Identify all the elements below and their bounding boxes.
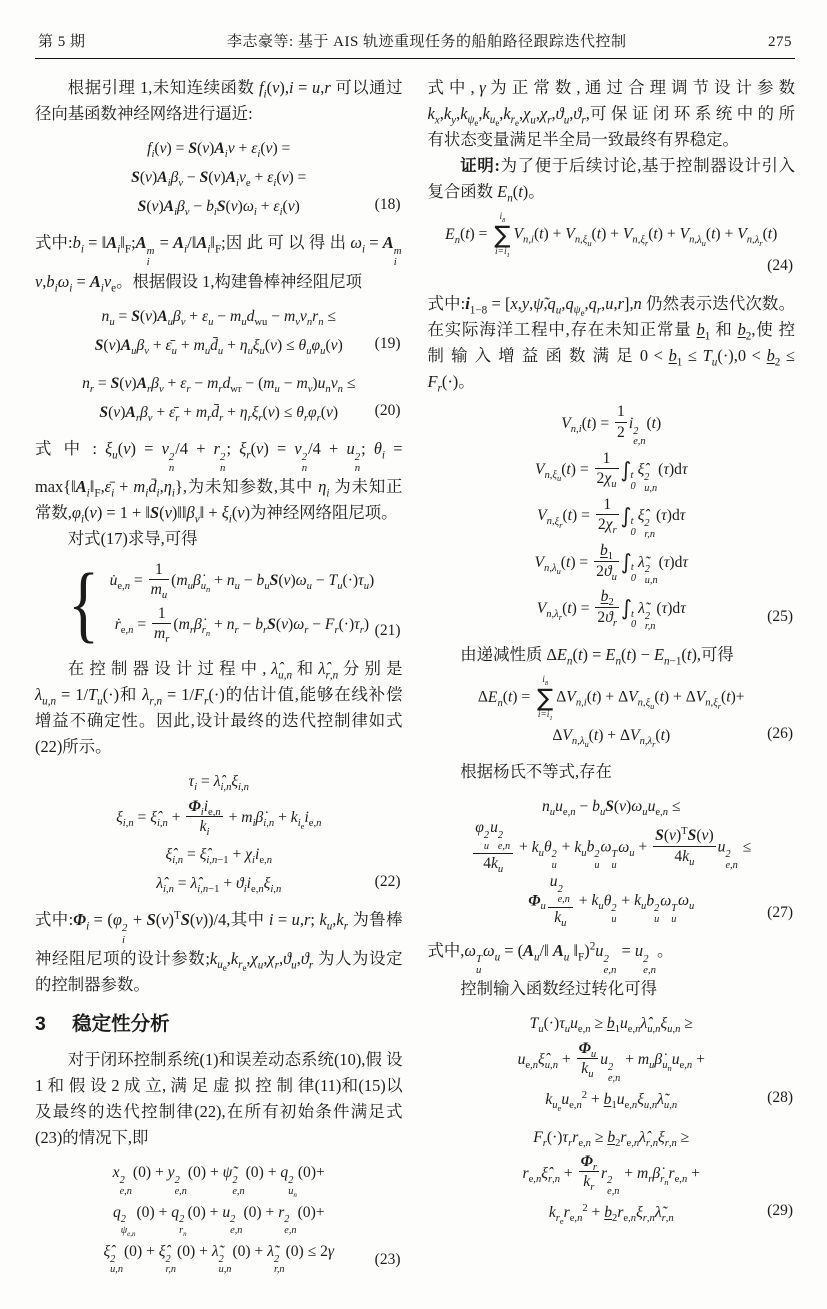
equation-tag: (29) <box>767 1198 793 1224</box>
equation-line: re,nξ̂r,n + Φrkrr2e,n + mrβ̇rnre,n + <box>428 1152 796 1198</box>
equation-line: krere,n2 + b2re,nξr,nλ̃r,n <box>428 1198 796 1227</box>
issue-label: 第 5 期 <box>38 30 86 51</box>
equation-line: S(ν)Arβν + ε̄r + mrd̄r + ηrξr(ν) ≤ θrφr(… <box>35 398 403 427</box>
equation-line: En(t) = i8∑i=i1Vn,i(t) + Vn,ξu(t) + Vn,ξ… <box>428 212 796 258</box>
equation-line: τi = λ̂i,nξi,n <box>35 767 403 796</box>
page-number: 275 <box>768 34 792 51</box>
equation-line: S(ν)Aiβν − S(ν)Aiνe + εi(ν) = <box>35 163 403 192</box>
equation-line: S(ν)Aiβν − biS(ν)ωi + εi(ν) <box>35 192 403 221</box>
paragraph-eq1920-notes: 式 中 : ξu(ν) = v2n/4 + r2n; ξr(ν) = v2n/4… <box>35 436 403 527</box>
equation-22: τi = λ̂i,nξi,n ξi,n = ξ̂i,n + Φiie,nki +… <box>35 767 403 898</box>
equation-line: Vn,i(t) = 12i2e,n(t) <box>428 402 796 448</box>
equation-tag: (19) <box>375 331 401 357</box>
paragraph-young-inequality: 根据杨氏不等式,存在 <box>428 759 796 785</box>
equation-21: { u̇e,n = 1mu(muβ̇un + nu − buS(ν)ωu − T… <box>35 559 403 647</box>
equation-line: q2ψe,n(0) + q2rn(0) + u2e,n(0) + r2e,n(0… <box>35 1198 403 1237</box>
equation-line: x2e,n(0) + y2e,n(0) + ψ̃2e,n(0) + q2un(0… <box>35 1158 403 1197</box>
equation-line: ξ̂i,n = ξ̂i,n−1 + χiie,n <box>35 840 403 869</box>
paper-page: 第 5 期 李志豪等: 基于 AIS 轨迹重现任务的船舶路径跟踪迭代控制 275… <box>0 0 827 1309</box>
paragraph-proof-lead: 证明:为了便于后续讨论,基于控制器设计引入复合函数 En(t)。 <box>428 153 796 205</box>
paragraph-eq24-notes: 式中:i1−8 = [x,y,ψ̃,qu,qψe,qr,u,r],n 仍然表示迭… <box>428 291 796 395</box>
equation-29: Fr(·)τrre,n ≥ b2re,nλ̂r,nξr,n ≥ re,nξ̂r,… <box>428 1123 796 1227</box>
equation-line: ΔVn,λu(t) + ΔVn,λr(t) <box>428 721 796 750</box>
equation-28: Tu(·)τuue,n ≥ b1ue,nλ̂u,nξu,n ≥ ue,nξ̂u,… <box>428 1009 796 1113</box>
equation-26: ΔEn(t) = i8∑i=i1ΔVn,i(t) + ΔVn,ξu(t) + Δ… <box>428 675 796 750</box>
paragraph-eq27-notes: 式中,ωTuωu = (Au/‖ Au ‖F)2u2e,n = u2e,n。 <box>428 938 796 977</box>
equation-line: Vn,ξu(t) = 12χu∫t0ξ̂2u,n(τ)dτ <box>428 448 796 494</box>
equation-line: S(ν)Auβν + ε̄u + mud̄u + ηuξu(ν) ≤ θuφu(… <box>35 331 403 360</box>
equation-tag: (22) <box>375 869 401 895</box>
paragraph-input-transform-lead: 控制输入函数经过转化可得 <box>428 976 796 1002</box>
equation-line: Fr(·)τrre,n ≥ b2re,nλ̂r,nξr,n ≥ <box>428 1123 796 1152</box>
section-title: 稳定性分析 <box>72 1013 170 1035</box>
equation-line: φ2uu2e,n4ku + kuθ2u + kub2uωTuωu + S(ν)T… <box>428 821 796 875</box>
paragraph-gamma-notes: 式 中 , γ 为 正 常 数 , 通 过 合 理 调 节 设 计 参 数 kx… <box>428 75 796 153</box>
equation-line: Tu(·)τuue,n ≥ b1ue,nλ̂u,nξu,n ≥ <box>428 1009 796 1038</box>
equation-tag: (25) <box>767 604 793 630</box>
equation-tag: (28) <box>767 1085 793 1111</box>
paragraph-estimator-notes: 在 控 制 器 设 计 过 程 中 , λ̂u,n 和 λ̂r,n 分 别 是 … <box>35 656 403 760</box>
two-column-body: 根据引理 1,未知连续函数 fi(ν),i = u,r 可以通过径向基函数神经网… <box>35 75 795 1285</box>
system-lines: u̇e,n = 1mu(muβ̇un + nu − buS(ν)ωu − Tu(… <box>110 559 375 647</box>
system-brace: { <box>68 565 99 642</box>
paragraph-derivation-lead: 对式(17)求导,可得 <box>35 526 403 552</box>
equation-tag: (23) <box>375 1247 401 1273</box>
equation-line: Vn,λr(t) = b22ϑr∫t0λ̃2r,n(τ)dτ <box>428 587 796 633</box>
running-header: 第 5 期 李志豪等: 基于 AIS 轨迹重现任务的船舶路径跟踪迭代控制 275 <box>35 30 795 59</box>
equation-line: Vn,ξr(t) = 12χr∫t0ξ̂2r,n(τ)dτ <box>428 494 796 540</box>
running-title: 李志豪等: 基于 AIS 轨迹重现任务的船舶路径跟踪迭代控制 <box>227 30 627 51</box>
equation-tag: (18) <box>375 192 401 218</box>
equation-18: fi(ν) = S(ν)Aiν + εi(ν) = S(ν)Aiβν − S(ν… <box>35 134 403 221</box>
equation-line: kueue,n2 + b1ue,nξu,nλ̃u,n <box>428 1085 796 1114</box>
equation-27: nuue,n − buS(ν)ωuue,n ≤ φ2uu2e,n4ku + ku… <box>428 792 796 928</box>
equation-line: ṙe,n = 1mr(mrβ̇rn + nr − brS(ν)ωr − Fr(… <box>110 603 375 647</box>
section-number: 3 <box>35 1013 46 1035</box>
equation-system: { u̇e,n = 1mu(muβ̇un + nu − buS(ν)ωu − T… <box>35 559 403 647</box>
right-column: 式 中 , γ 为 正 常 数 , 通 过 合 理 调 节 设 计 参 数 kx… <box>428 75 796 1285</box>
equation-tag: (26) <box>767 721 793 747</box>
equation-tag: (21) <box>375 618 401 644</box>
equation-line: ξi,n = ξ̂i,n + Φiie,nki + miβ̇i,n + kiei… <box>35 796 403 840</box>
equation-tag: (24) <box>767 253 793 279</box>
equation-line: Vn,λu(t) = b12ϑu∫t0λ̃2u,n(τ)dτ <box>428 541 796 587</box>
equation-tag: (27) <box>767 900 793 926</box>
equation-25: Vn,i(t) = 12i2e,n(t) Vn,ξu(t) = 12χu∫t0ξ… <box>428 402 796 633</box>
paragraph-rbf-intro: 根据引理 1,未知连续函数 fi(ν),i = u,r 可以通过径向基函数神经网… <box>35 75 403 127</box>
equation-line: Φuu2e,nku + kuθ2u + kub2uωTuωu <box>428 875 796 929</box>
equation-24: En(t) = i8∑i=i1Vn,i(t) + Vn,ξu(t) + Vn,ξ… <box>428 212 796 282</box>
equation-23: x2e,n(0) + y2e,n(0) + ψ̃2e,n(0) + q2un(0… <box>35 1158 403 1276</box>
equation-tag: (20) <box>375 398 401 424</box>
paragraph-eq22-notes: 式中:Φi = (φ2i + S(ν)TS(ν))/4,其中 i = u,r; … <box>35 907 403 998</box>
equation-line: ξ̂2u,n(0) + ξ̂2r,n(0) + λ̃2u,n(0) + λ̃2r… <box>35 1237 403 1276</box>
equation-19: nu = S(ν)Auβν + εu − mudwu − mvvnrn ≤ S(… <box>35 302 403 360</box>
equation-line: ΔEn(t) = i8∑i=i1ΔVn,i(t) + ΔVn,ξu(t) + Δ… <box>428 675 796 721</box>
equation-line: λ̂i,n = λ̂i,n−1 + ϑiie,nξi,n <box>35 869 403 898</box>
section-heading-stability: 3稳定性分析 <box>35 1012 403 1037</box>
equation-line: nuue,n − buS(ν)ωuue,n ≤ <box>428 792 796 821</box>
paragraph-eq18-notes: 式中:bi = ‖Ai‖F;Ami = Ai/‖Ai‖F;因 此 可 以 得 出… <box>35 230 403 295</box>
equation-20: nr = S(ν)Arβν + εr − mrdwr − (mu − mv)un… <box>35 369 403 427</box>
equation-line: nr = S(ν)Arβν + εr − mrdwr − (mu − mv)un… <box>35 369 403 398</box>
paragraph-stability-setup: 对于闭环控制系统(1)和误差动态系统(10),假 设 1 和 假 设 2 成 立… <box>35 1047 403 1151</box>
equation-line: fi(ν) = S(ν)Aiν + εi(ν) = <box>35 134 403 163</box>
equation-line: ue,nξ̂u,n + Φukuu2e,n + muβ̇unue,n + <box>428 1038 796 1084</box>
equation-line: nu = S(ν)Auβν + εu − mudwu − mvvnrn ≤ <box>35 302 403 331</box>
paragraph-decreasing-property: 由递减性质 ΔEn(t) = En(t) − En−1(t),可得 <box>428 642 796 668</box>
equation-line: u̇e,n = 1mu(muβ̇un + nu − buS(ν)ωu − Tu(… <box>110 559 375 603</box>
left-column: 根据引理 1,未知连续函数 fi(ν),i = u,r 可以通过径向基函数神经网… <box>35 75 403 1285</box>
